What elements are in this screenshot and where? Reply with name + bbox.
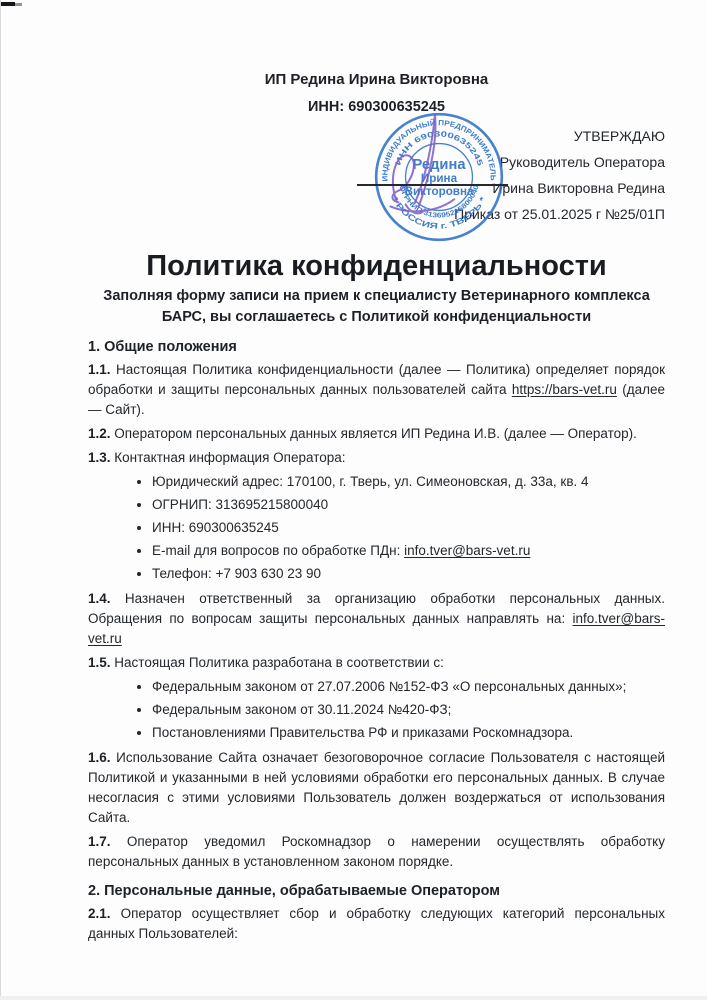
- list-item-text: Федеральным законом от 30.11.2024 №420-Ф…: [152, 702, 451, 717]
- clause-number: 1.6.: [88, 750, 111, 765]
- paragraph-1-7: 1.7. Оператор уведомил Роскомнадзор о на…: [88, 832, 665, 872]
- list-item-text: ОГРНИП: 313695215800040: [152, 497, 328, 512]
- scan-artifact-mark: [15, 3, 22, 6]
- list-item: Телефон: +7 903 630 23 90: [152, 564, 665, 584]
- clause-number: 2.1.: [88, 906, 111, 921]
- email-link-part: info.tver@bars-: [573, 611, 665, 626]
- document-page: ИП Редина Ирина Викторовна ИНН: 69030063…: [0, 0, 707, 1000]
- clause-number: 1.3.: [88, 450, 111, 465]
- list-item: Федеральным законом от 27.07.2006 №152-Ф…: [152, 677, 665, 697]
- list-item-text: E-mail для вопросов по обработке ПДн:: [152, 543, 404, 558]
- seal-center-name: Викторовна: [405, 185, 474, 198]
- list-item-text: Телефон: +7 903 630 23 90: [152, 566, 321, 581]
- clause-text: Оператор уведомил Роскомнадзор о намерен…: [88, 834, 665, 869]
- paragraph-1-2: 1.2. Оператором персональных данных явля…: [88, 424, 665, 444]
- company-name: ИП Редина Ирина Викторовна: [88, 70, 665, 89]
- paragraph-1-5: 1.5. Настоящая Политика разработана в со…: [88, 653, 665, 673]
- list-item: Юридический адрес: 170100, г. Тверь, ул.…: [152, 472, 665, 492]
- clause-number: 1.4.: [88, 591, 111, 606]
- site-link[interactable]: https://bars-vet.ru: [512, 382, 617, 397]
- list-item: ИНН: 690300635245: [152, 518, 665, 538]
- list-item-text: Федеральным законом от 27.07.2006 №152-Ф…: [152, 679, 626, 694]
- scan-edge: [0, 996, 707, 1000]
- document-subtitle: Заполняя форму записи на прием к специал…: [88, 286, 665, 328]
- email-link[interactable]: info.tver@bars-vet.ru: [404, 543, 530, 558]
- list-item-text: Юридический адрес: 170100, г. Тверь, ул.…: [152, 474, 589, 489]
- section-1-heading: 1. Общие положения: [88, 337, 665, 357]
- list-item-text: Постановлениями Правительства РФ и прика…: [152, 725, 573, 740]
- clause-number: 1.2.: [88, 426, 111, 441]
- clause-text: Контактная информация Оператора:: [111, 450, 346, 465]
- signature-line: [357, 184, 508, 186]
- list-item: Федеральным законом от 30.11.2024 №420-Ф…: [152, 700, 665, 720]
- seal-icon: ИНДИВИДУАЛЬНЫЙ ПРЕДПРИНИМАТЕЛЬ * РОССИЯ …: [363, 101, 515, 253]
- legal-basis-list: Федеральным законом от 27.07.2006 №152-Ф…: [88, 677, 665, 743]
- clause-number: 1.1.: [88, 362, 111, 377]
- section-2-heading: 2. Персональные данные, обрабатываемые О…: [88, 881, 665, 901]
- document-title: Политика конфиденциальности: [88, 249, 665, 283]
- scan-artifact-mark: [0, 2, 15, 6]
- clause-text: Оператор осуществляет сбор и обработку с…: [88, 906, 665, 941]
- list-item: ОГРНИП: 313695215800040: [152, 495, 665, 515]
- clause-text: Оператором персональных данных является …: [111, 426, 637, 441]
- paragraph-2-1: 2.1. Оператор осуществляет сбор и обрабо…: [88, 904, 665, 944]
- list-item-text: ИНН: 690300635245: [152, 520, 279, 535]
- paragraph-1-4: 1.4. Назначен ответственный за организац…: [88, 589, 665, 649]
- scan-edge: [0, 0, 1, 1000]
- round-seal-stamp: ИНДИВИДУАЛЬНЫЙ ПРЕДПРИНИМАТЕЛЬ * РОССИЯ …: [363, 101, 515, 253]
- paragraph-1-1: 1.1. Настоящая Политика конфиденциальнос…: [88, 360, 665, 420]
- clause-number: 1.7.: [88, 834, 111, 849]
- paragraph-1-6: 1.6. Использование Сайта означает безого…: [88, 748, 665, 828]
- paragraph-1-3: 1.3. Контактная информация Оператора:: [88, 448, 665, 468]
- list-item: E-mail для вопросов по обработке ПДн: in…: [152, 541, 665, 561]
- seal-center-name: Редина: [413, 157, 467, 173]
- operator-contacts-list: Юридический адрес: 170100, г. Тверь, ул.…: [88, 472, 665, 584]
- clause-text: Настоящая Политика разработана в соответ…: [111, 655, 444, 670]
- email-link-part: vet.ru: [88, 631, 122, 646]
- clause-text: Использование Сайта означает безоговороч…: [88, 750, 665, 825]
- list-item: Постановлениями Правительства РФ и прика…: [152, 723, 665, 743]
- clause-number: 1.5.: [88, 655, 111, 670]
